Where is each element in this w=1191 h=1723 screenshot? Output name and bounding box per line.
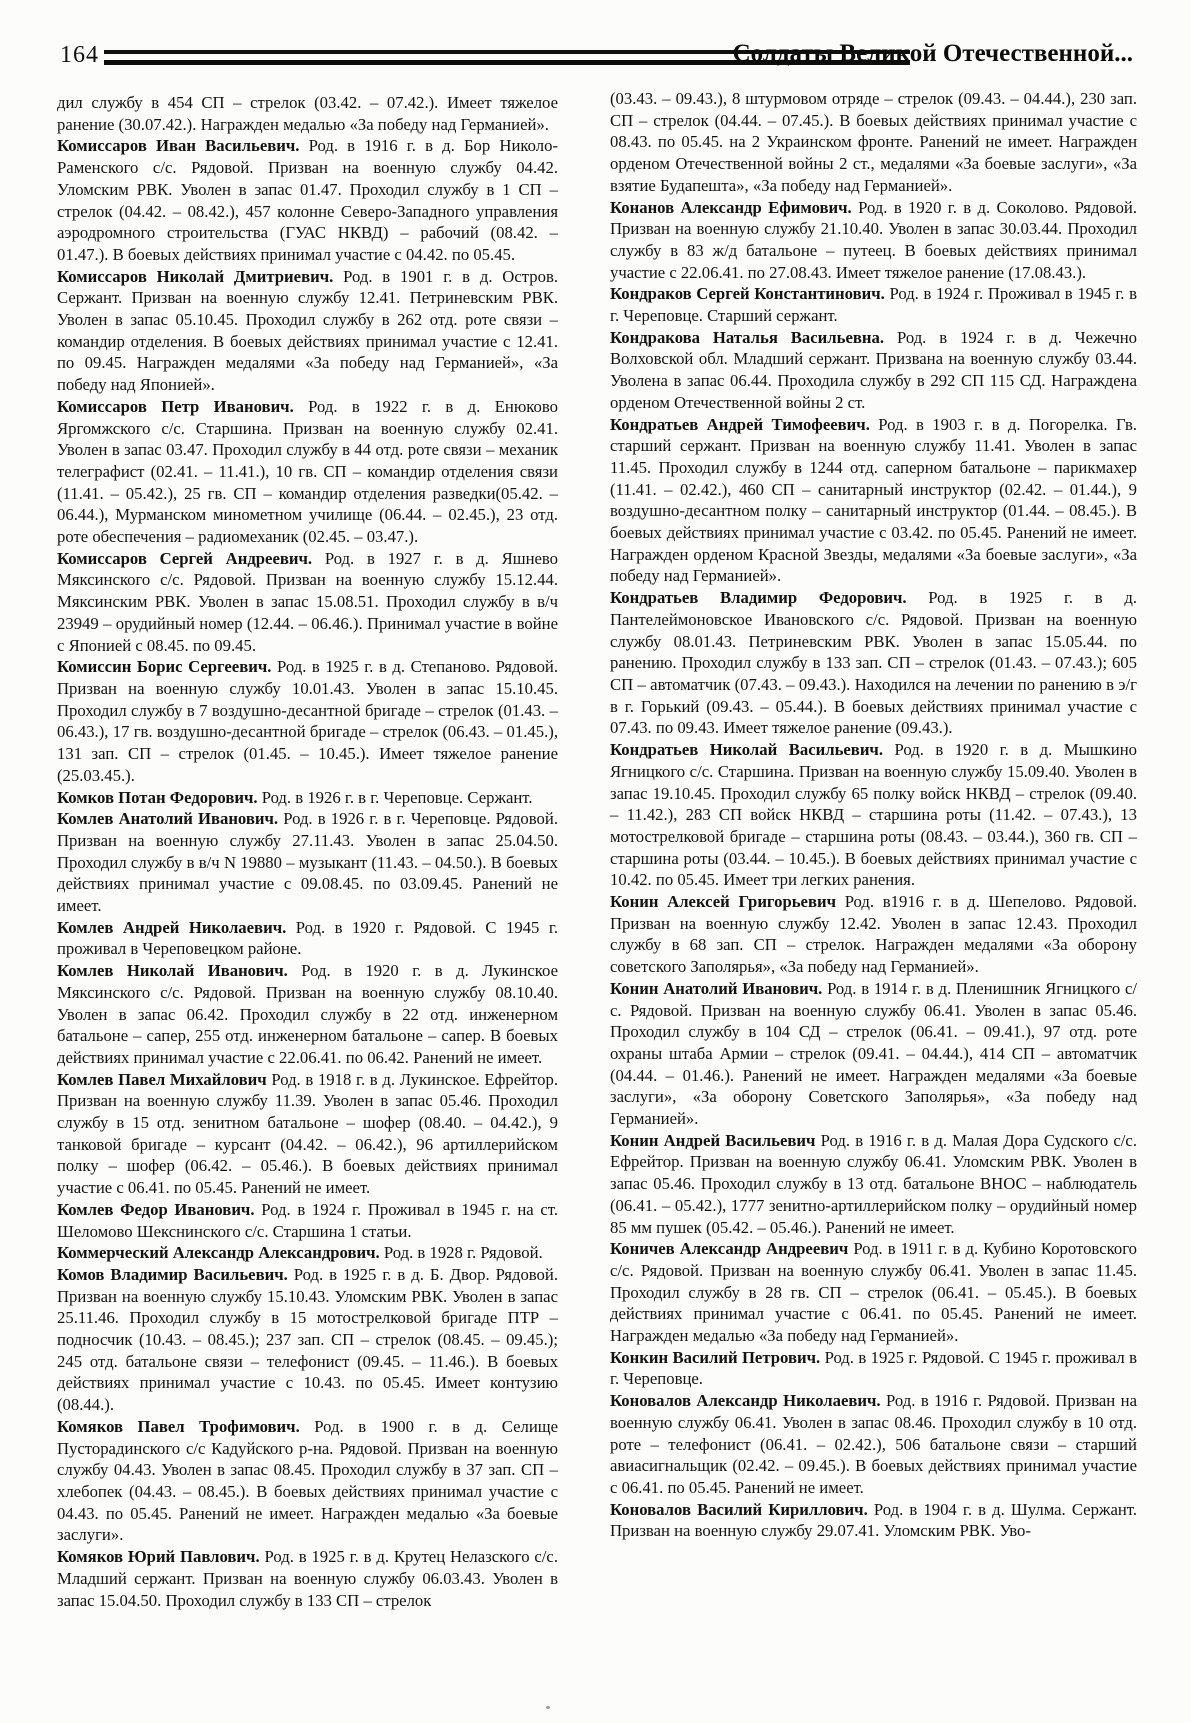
entry-name: Комлев Павел Михайлович [57, 1070, 267, 1089]
entry-paragraph: Кондратьев Владимир Федорович. Род. в 19… [610, 587, 1137, 739]
entry-paragraph: Кондракова Наталья Васильевна. Род. в 19… [610, 327, 1137, 414]
entry-paragraph: Комиссаров Иван Васильевич. Род. в 1916 … [57, 135, 558, 265]
entry-name: Комлев Андрей Николаевич. [57, 918, 286, 937]
entry-paragraph: Комков Потан Федорович. Род. в 1926 г. в… [57, 787, 558, 809]
entry-paragraph: Конкин Василий Петрович. Род. в 1925 г. … [610, 1347, 1137, 1390]
continuation-paragraph: дил службу в 454 СП – стрелок (03.42. – … [57, 92, 558, 135]
entry-paragraph: Конин Алексей Григорьевич Род. в1916 г. … [610, 891, 1137, 978]
entry-name: Кондраков Сергей Константинович. [610, 284, 885, 303]
page-header: 164 Солдаты Великой Отечественной... [0, 40, 1191, 80]
entry-paragraph: Коммерческий Александр Александрович. Ро… [57, 1242, 558, 1264]
entry-name: Комков Потан Федорович. [57, 788, 258, 807]
entry-paragraph: Коничев Александр Андреевич Род. в 1911 … [610, 1238, 1137, 1347]
entry-paragraph: Комлев Федор Иванович. Род. в 1924 г. Пр… [57, 1199, 558, 1242]
entry-paragraph: Комлев Анатолий Иванович. Род. в 1926 г.… [57, 808, 558, 917]
entry-paragraph: Конанов Александр Ефимович. Род. в 1920 … [610, 197, 1137, 284]
entry-text: Род. в 1903 г. в д. Погорелка. Гв. старш… [610, 415, 1137, 586]
entry-text: Род. в 1928 г. Рядовой. [384, 1243, 543, 1262]
entry-paragraph: Комиссаров Николай Дмитриевич. Род. в 19… [57, 266, 558, 396]
entry-paragraph: Комиссаров Петр Иванович. Род. в 1922 г.… [57, 396, 558, 548]
entry-paragraph: Комиссин Борис Сергеевич. Род. в 1925 г.… [57, 656, 558, 786]
continuation-paragraph: (03.43. – 09.43.), 8 штурмовом отряде – … [610, 88, 1137, 197]
entry-text: дил службу в 454 СП – стрелок (03.42. – … [57, 93, 558, 134]
left-text-column: дил службу в 454 СП – стрелок (03.42. – … [57, 92, 558, 1611]
entry-paragraph: Конин Андрей Васильевич Род. в 1916 г. в… [610, 1130, 1137, 1239]
entry-text: Род. в 1925 г. в д. Б. Двор. Рядовой. Пр… [57, 1265, 558, 1414]
entry-paragraph: Комиссаров Сергей Андреевич. Род. в 1927… [57, 548, 558, 657]
entry-text: Род. в 1922 г. в д. Енюково Яргомжского … [57, 397, 558, 546]
entry-paragraph: Коновалов Александр Николаевич. Род. в 1… [610, 1390, 1137, 1499]
entry-name: Коничев Александр Андреевич [610, 1239, 848, 1258]
entry-name: Кондратьев Николай Васильевич. [610, 740, 883, 759]
entry-name: Комлев Николай Иванович. [57, 961, 288, 980]
entry-text: Род. в 1916 г. в д. Бор Николо-Раменског… [57, 136, 558, 264]
entry-paragraph: Комяков Павел Трофимович. Род. в 1900 г.… [57, 1416, 558, 1546]
scan-artifact [546, 1706, 550, 1709]
entry-text: Род. в 1926 г. в г. Череповце. Сержант. [262, 788, 533, 807]
entry-paragraph: Комяков Юрий Павлович. Род. в 1925 г. в … [57, 1546, 558, 1611]
entry-name: Кондратьев Владимир Федорович. [610, 588, 907, 607]
entry-name: Конин Андрей Васильевич [610, 1131, 815, 1150]
entry-name: Комлев Анатолий Иванович. [57, 809, 278, 828]
entry-name: Конкин Василий Петрович. [610, 1348, 820, 1367]
entry-name: Комиссаров Сергей Андреевич. [57, 549, 312, 568]
entry-name: Комяков Павел Трофимович. [57, 1417, 300, 1436]
entry-name: Комиссаров Иван Васильевич. [57, 136, 299, 155]
entry-paragraph: Кондраков Сергей Константинович. Род. в … [610, 283, 1137, 326]
entry-paragraph: Кондратьев Николай Васильевич. Род. в 19… [610, 739, 1137, 891]
entry-name: Комиссаров Петр Иванович. [57, 397, 294, 416]
entry-paragraph: Комов Владимир Васильевич. Род. в 1925 г… [57, 1264, 558, 1416]
entry-paragraph: Коновалов Василий Кириллович. Род. в 190… [610, 1499, 1137, 1542]
entry-name: Коновалов Александр Николаевич. [610, 1391, 881, 1410]
entry-name: Конин Алексей Григорьевич [610, 892, 836, 911]
right-text-column: (03.43. – 09.43.), 8 штурмовом отряде – … [610, 88, 1137, 1542]
running-title: Солдаты Великой Отечественной... [733, 40, 1133, 68]
entry-name: Конин Анатолий Иванович. [610, 979, 822, 998]
entry-name: Кондракова Наталья Васильевна. [610, 328, 884, 347]
entry-text: Род. в 1920 г. в д. Мышкино Ягницкого с/… [610, 740, 1137, 889]
entry-paragraph: Конин Анатолий Иванович. Род. в 1914 г. … [610, 978, 1137, 1130]
entry-name: Коновалов Василий Кириллович. [610, 1500, 868, 1519]
entry-paragraph: Комлев Павел Михайлович Род. в 1918 г. в… [57, 1069, 558, 1199]
entry-name: Комлев Федор Иванович. [57, 1200, 255, 1219]
entry-text: Род. в 1914 г. в д. Пленишник Ягницкого … [610, 979, 1137, 1128]
entry-name: Комиссаров Николай Дмитриевич. [57, 267, 333, 286]
entry-name: Комов Владимир Васильевич. [57, 1265, 288, 1284]
entry-text: (03.43. – 09.43.), 8 штурмовом отряде – … [610, 89, 1137, 195]
page-number: 164 [60, 42, 99, 69]
entry-text: Род. в 1925 г. в д. Пантелеймоновское Ив… [610, 588, 1137, 737]
entry-name: Комиссин Борис Сергеевич. [57, 657, 271, 676]
entry-name: Комяков Юрий Павлович. [57, 1547, 260, 1566]
entry-paragraph: Кондратьев Андрей Тимофеевич. Род. в 190… [610, 414, 1137, 588]
entry-text: Род. в 1925 г. в д. Степаново. Рядовой. … [57, 657, 558, 785]
entry-name: Конанов Александр Ефимович. [610, 198, 852, 217]
entry-text: Род. в 1900 г. в д. Селище Пусторадинско… [57, 1417, 558, 1545]
entry-name: Коммерческий Александр Александрович. [57, 1243, 380, 1262]
entry-paragraph: Комлев Андрей Николаевич. Род. в 1920 г.… [57, 917, 558, 960]
entry-name: Кондратьев Андрей Тимофеевич. [610, 415, 870, 434]
entry-paragraph: Комлев Николай Иванович. Род. в 1920 г. … [57, 960, 558, 1069]
